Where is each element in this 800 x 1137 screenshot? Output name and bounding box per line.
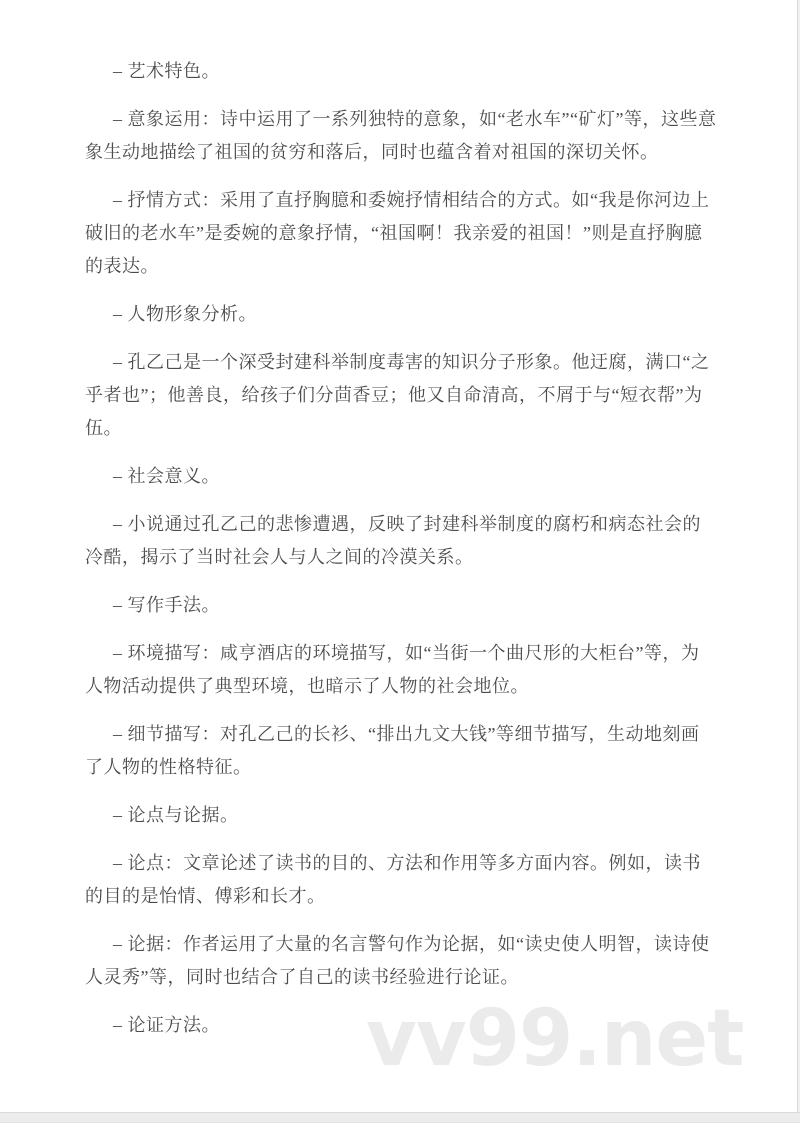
- paragraph: – 艺术特色。: [85, 55, 717, 88]
- paragraph: – 环境描写：咸亨酒店的环境描写，如“当街一个曲尺形的大柜台”等，为人物活动提供…: [85, 637, 717, 703]
- paragraph: – 细节描写：对孔乙己的长衫、“排出九文大钱”等细节描写，生动地刻画了人物的性格…: [85, 718, 717, 784]
- paragraph: – 人物形象分析。: [85, 298, 717, 331]
- document-page: – 艺术特色。 – 意象运用：诗中运用了一系列独特的意象，如“老水车”“矿灯”等…: [0, 0, 798, 1112]
- paragraph: – 意象运用：诗中运用了一系列独特的意象，如“老水车”“矿灯”等，这些意象生动地…: [85, 103, 717, 169]
- paragraph: – 社会意义。: [85, 460, 717, 493]
- next-page-edge: [0, 1123, 800, 1137]
- paragraph: – 小说通过孔乙己的悲惨遭遇，反映了封建科举制度的腐朽和病态社会的冷酷，揭示了当…: [85, 508, 717, 574]
- paragraph: – 论点：文章论述了读书的目的、方法和作用等多方面内容。例如，读书的目的是怡情、…: [85, 847, 717, 913]
- page-break-divider: [0, 1112, 800, 1123]
- paragraph: – 抒情方式：采用了直抒胸臆和委婉抒情相结合的方式。如“我是你河边上破旧的老水车…: [85, 184, 717, 283]
- paragraph: – 孔乙己是一个深受封建科举制度毒害的知识分子形象。他迂腐，满口“之乎者也”；他…: [85, 346, 717, 445]
- paragraph: – 论点与论据。: [85, 799, 717, 832]
- site-watermark: vv99.net: [366, 1000, 744, 1078]
- paragraph: – 写作手法。: [85, 589, 717, 622]
- document-body: – 艺术特色。 – 意象运用：诗中运用了一系列独特的意象，如“老水车”“矿灯”等…: [85, 55, 717, 1057]
- paragraph: – 论据：作者运用了大量的名言警句作为论据，如“读史使人明智，读诗使人灵秀”等，…: [85, 928, 717, 994]
